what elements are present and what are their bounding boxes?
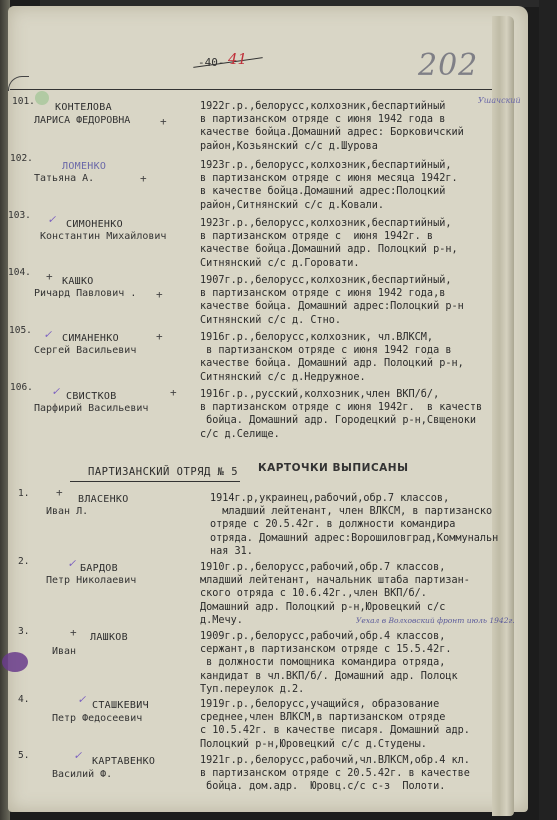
entry-given-name: Сергей Васильевич bbox=[34, 345, 136, 356]
entry-description: 1921г.р.,белорусс,рабочий,чл.ВЛКСМ,обр.4… bbox=[200, 754, 470, 794]
entry-number: 106. bbox=[10, 382, 33, 393]
check-mark-icon: ✓ bbox=[52, 384, 59, 398]
stamp-text: КАРТОЧКИ ВЫПИСАНЫ bbox=[258, 462, 408, 474]
entry-number: 2. bbox=[18, 556, 29, 567]
entry-description: 1919г.р.,белорусс,учащийся, образование … bbox=[200, 698, 470, 751]
cross-mark-icon: + bbox=[70, 626, 77, 639]
entry-given-name: Ричард Павлович . bbox=[34, 288, 136, 299]
entry-number: 104. bbox=[8, 267, 31, 278]
entry-surname: СВИСТКОВ bbox=[66, 391, 117, 402]
entry-description: 1923г.р.,белорусс,колхозник,беспартийный… bbox=[200, 217, 458, 270]
entry-number: 5. bbox=[18, 750, 29, 761]
entry-number: 103. bbox=[8, 210, 31, 221]
entry-given-name: Иван Л. bbox=[46, 506, 88, 517]
entry-given-name: Петр Федосеевич bbox=[52, 713, 142, 724]
handwritten-note: Уехал в Волховский фронт июль 1942г. bbox=[356, 616, 515, 625]
handwritten-note: Ушачский bbox=[478, 96, 521, 105]
section-underline bbox=[70, 481, 240, 482]
check-mark-icon: ✓ bbox=[68, 556, 75, 570]
entry-description: 1922г.р.,белорусс,колхозник,беспартийный… bbox=[200, 100, 464, 153]
entry-description: 1909г.р.,белорусс,рабочий,обр.4 классов,… bbox=[200, 630, 458, 696]
entry-surname: БАРДОВ bbox=[80, 563, 118, 574]
check-mark-icon: ✓ bbox=[48, 212, 55, 226]
entry-description: 1923г.р.,белорусс,колхозник,беспартийный… bbox=[200, 159, 458, 212]
entry-number: 1. bbox=[18, 488, 29, 499]
entry-description: 1914г.р,украинец,рабочий,обр.7 классов, … bbox=[210, 492, 498, 558]
entry-given-name: ЛАРИСА ФЕДОРОВНА bbox=[34, 115, 130, 126]
ink-blot bbox=[2, 652, 28, 672]
entry-surname: КОНТЕЛОВА bbox=[55, 102, 112, 113]
entry-surname: ЛОМЕНКО bbox=[62, 161, 106, 172]
entry-surname: ЛАШКОВ bbox=[90, 632, 128, 643]
entry-given-name: Василий Ф. bbox=[52, 769, 112, 780]
cross-mark-icon: + bbox=[156, 288, 163, 301]
entry-given-name: Парфирий Васильевич bbox=[34, 403, 148, 414]
page-stack-edge bbox=[492, 16, 514, 816]
check-mark-icon: ✓ bbox=[44, 327, 51, 341]
cross-mark-icon: + bbox=[170, 386, 177, 399]
entry-number: 102. bbox=[10, 153, 33, 164]
check-mark-icon: ✓ bbox=[74, 748, 81, 762]
entry-surname: ВЛАСЕНКО bbox=[78, 494, 129, 505]
entry-description: 1916г.р.,белорусс,колхозник, чл.ВЛКСМ, в… bbox=[200, 331, 464, 384]
entry-surname: СИМАНЕНКО bbox=[62, 333, 119, 344]
entry-number: 3. bbox=[18, 626, 29, 637]
entry-number: 4. bbox=[18, 694, 29, 705]
section-title: ПАРТИЗАНСКИЙ ОТРЯД № 5 bbox=[88, 466, 238, 478]
cross-mark-icon: + bbox=[56, 486, 63, 499]
cross-mark-icon: + bbox=[140, 172, 147, 185]
entry-description: 1907г.р.,белорусс,колхозник,беспартийный… bbox=[200, 274, 464, 327]
entry-surname: СИМОНЕНКО bbox=[66, 219, 123, 230]
scan-right-edge bbox=[539, 0, 557, 820]
header-rule bbox=[10, 89, 492, 90]
red-folio-number: 41 bbox=[228, 50, 247, 68]
entry-description: 1916г.р.,русский,колхозник,член ВКП/б/, … bbox=[200, 388, 482, 441]
entry-surname: СТАШКЕВИЧ bbox=[92, 700, 149, 711]
cross-mark-icon: + bbox=[156, 330, 163, 343]
entry-number: 105. bbox=[9, 325, 32, 336]
entry-given-name: Константин Михайлович bbox=[40, 231, 166, 242]
entry-number: 101. bbox=[12, 96, 35, 107]
check-mark-icon: ✓ bbox=[78, 692, 85, 706]
green-circle-mark bbox=[35, 91, 49, 105]
entry-given-name: Татьяна А. bbox=[34, 173, 94, 184]
cross-mark-icon: + bbox=[46, 270, 53, 283]
folio-number: 202 bbox=[418, 48, 478, 83]
entry-surname: КАРТАВЕНКО bbox=[92, 756, 155, 767]
entry-surname: КАШКО bbox=[62, 276, 94, 287]
entry-given-name: Иван bbox=[52, 646, 76, 657]
cross-mark-icon: + bbox=[160, 115, 167, 128]
entry-given-name: Петр Николаевич bbox=[46, 575, 136, 586]
